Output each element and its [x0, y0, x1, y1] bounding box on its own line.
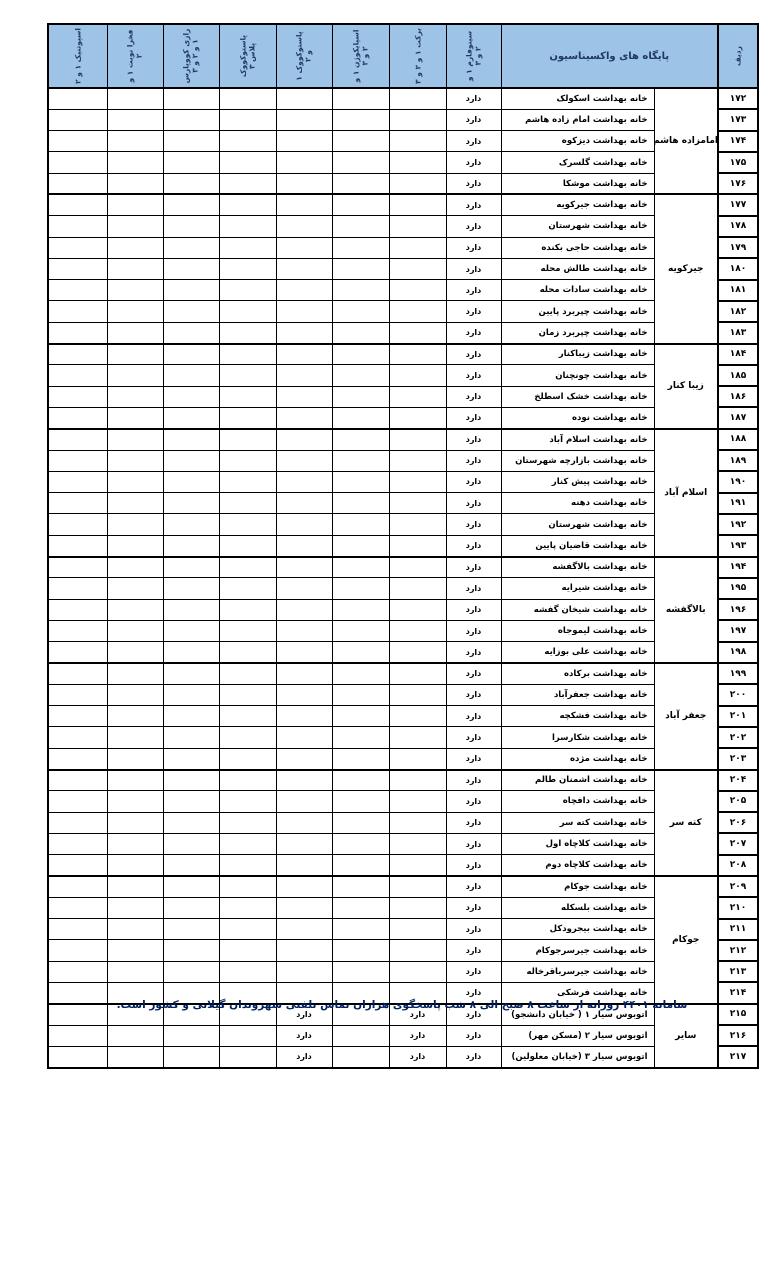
table-row: ۱۸۷خانه بهداشت نودهدارد: [48, 407, 758, 428]
vaccine-cell-barekat: [389, 258, 446, 279]
column-header-row-number: ردیف: [718, 24, 758, 88]
vaccine-cell-sinopharm: دارد: [446, 88, 501, 109]
site-name-cell: خانه بهداشت طالش محله: [501, 258, 654, 279]
vaccine-cell-razi: [163, 450, 219, 471]
vaccine-cell-sinopharm: دارد: [446, 855, 501, 876]
vaccine-cell-razi: [163, 493, 219, 514]
column-header-razi: رازی کووپارس ۱ و ۲ و ۳: [163, 24, 219, 88]
vaccine-cell-fakhra: [107, 322, 163, 343]
column-header-pastocovac: پاستوکووک ۱ و ۲: [276, 24, 332, 88]
vaccine-cell-fakhra: [107, 407, 163, 428]
vaccine-cell-sinopharm: دارد: [446, 940, 501, 961]
table-row: ۱۷۳خانه بهداشت امام زاده هاشمدارد: [48, 109, 758, 130]
vaccine-cell-razi: [163, 1046, 219, 1067]
vaccine-cell-spikogen: [332, 642, 389, 663]
vaccine-cell-spikogen: [332, 833, 389, 854]
table-row: ۱۸۰خانه بهداشت طالش محلهدارد: [48, 258, 758, 279]
vaccine-cell-barekat: [389, 216, 446, 237]
vaccine-cell-sputnik: [48, 791, 107, 812]
table-row: ۱۸۸اسلام آبادخانه بهداشت اسلام آباددارد: [48, 429, 758, 450]
vaccine-cell-fakhra: [107, 152, 163, 173]
vaccine-cell-sinopharm: دارد: [446, 280, 501, 301]
site-name-cell: خانه بهداشت علی بوزایه: [501, 642, 654, 663]
vaccine-cell-razi: [163, 706, 219, 727]
vaccine-cell-pastocovac: [276, 280, 332, 301]
table-row: ۱۹۶خانه بهداشت شیخان گفشهدارد: [48, 599, 758, 620]
vaccine-cell-sputnik: [48, 748, 107, 769]
vaccine-cell-pastocovac_plus: [219, 237, 276, 258]
vaccine-cell-pastocovac_plus: [219, 535, 276, 556]
vaccine-cell-spikogen: [332, 216, 389, 237]
group-cell: سایر: [654, 1004, 718, 1068]
vaccine-cell-spikogen: [332, 109, 389, 130]
vaccine-cell-barekat: [389, 684, 446, 705]
vaccine-cell-barekat: [389, 833, 446, 854]
vaccine-cell-razi: [163, 471, 219, 492]
row-number-cell: ۲۱۶: [718, 1025, 758, 1046]
vaccine-cell-barekat: [389, 748, 446, 769]
vaccine-cell-spikogen: [332, 855, 389, 876]
vaccine-cell-sinopharm: دارد: [446, 386, 501, 407]
vaccine-cell-pastocovac_plus: [219, 407, 276, 428]
vaccine-cell-sputnik: [48, 493, 107, 514]
vaccine-cell-barekat: [389, 152, 446, 173]
vaccine-cell-barekat: [389, 109, 446, 130]
vaccine-cell-pastocovac_plus: [219, 748, 276, 769]
site-name-cell: خانه بهداشت جیرکویه: [501, 194, 654, 215]
vaccine-cell-fakhra: [107, 194, 163, 215]
vaccine-cell-barekat: [389, 322, 446, 343]
vaccine-cell-razi: [163, 514, 219, 535]
vaccine-cell-sputnik: [48, 301, 107, 322]
vaccine-cell-sputnik: [48, 876, 107, 897]
vaccine-cell-barekat: [389, 663, 446, 684]
vaccine-cell-pastocovac_plus: [219, 1025, 276, 1046]
row-number-cell: ۱۸۷: [718, 407, 758, 428]
vaccine-cell-sinopharm: دارد: [446, 152, 501, 173]
vaccine-cell-pastocovac_plus: [219, 684, 276, 705]
vaccine-cell-barekat: [389, 876, 446, 897]
vaccine-cell-razi: [163, 386, 219, 407]
vaccine-cell-spikogen: [332, 599, 389, 620]
vaccine-cell-fakhra: [107, 173, 163, 194]
site-name-cell: خانه بهداشت قاضیان پایین: [501, 535, 654, 556]
vaccine-cell-sinopharm: دارد: [446, 642, 501, 663]
vaccine-cell-barekat: [389, 812, 446, 833]
vaccine-cell-sputnik: [48, 152, 107, 173]
vaccine-cell-pastocovac: [276, 109, 332, 130]
vaccine-cell-pastocovac_plus: [219, 216, 276, 237]
vaccine-cell-pastocovac: [276, 237, 332, 258]
vaccine-cell-spikogen: [332, 791, 389, 812]
vaccine-cell-spikogen: [332, 897, 389, 918]
vaccine-cell-pastocovac_plus: [219, 961, 276, 982]
group-cell: کته سر: [654, 770, 718, 876]
table-row: ۱۸۵خانه بهداشت چونچناندارد: [48, 365, 758, 386]
vaccine-cell-pastocovac: [276, 599, 332, 620]
vaccine-cell-fakhra: [107, 919, 163, 940]
vaccine-cell-barekat: [389, 344, 446, 365]
vaccine-cell-fakhra: [107, 344, 163, 365]
site-name-cell: اتوبوس سیار ۳ (خیابان معلولین): [501, 1046, 654, 1067]
vaccine-cell-razi: [163, 407, 219, 428]
vaccine-cell-sputnik: [48, 897, 107, 918]
table-row: ۲۰۸خانه بهداشت کلاچاه دومدارد: [48, 855, 758, 876]
row-number-cell: ۱۷۷: [718, 194, 758, 215]
vaccine-cell-sputnik: [48, 344, 107, 365]
table-row: ۱۹۲خانه بهداشت شهرستاندارد: [48, 514, 758, 535]
row-number-cell: ۲۱۲: [718, 940, 758, 961]
vaccine-cell-spikogen: [332, 301, 389, 322]
vaccine-cell-barekat: [389, 727, 446, 748]
row-number-cell: ۱۸۸: [718, 429, 758, 450]
vaccine-cell-razi: [163, 258, 219, 279]
vaccine-cell-pastocovac_plus: [219, 620, 276, 641]
vaccine-cell-pastocovac: [276, 833, 332, 854]
vaccine-cell-sputnik: [48, 727, 107, 748]
vaccine-cell-spikogen: [332, 940, 389, 961]
vaccine-cell-razi: [163, 897, 219, 918]
vaccine-cell-spikogen: [332, 407, 389, 428]
vaccine-cell-spikogen: [332, 237, 389, 258]
vaccine-cell-spikogen: [332, 258, 389, 279]
vaccine-cell-pastocovac: [276, 450, 332, 471]
vaccine-cell-razi: [163, 876, 219, 897]
vaccine-cell-fakhra: [107, 684, 163, 705]
vaccine-cell-barekat: [389, 706, 446, 727]
vaccine-cell-fakhra: [107, 940, 163, 961]
vaccine-cell-pastocovac: [276, 855, 332, 876]
vaccine-cell-fakhra: [107, 535, 163, 556]
table-row: ۱۷۹خانه بهداشت حاجی بکندهدارد: [48, 237, 758, 258]
table-row: ۱۹۸خانه بهداشت علی بوزایهدارد: [48, 642, 758, 663]
site-name-cell: خانه بهداشت شیرایه: [501, 578, 654, 599]
group-cell: امامزاده هاشم: [654, 88, 718, 194]
table-row: ۱۸۳خانه بهداشت چپربرد زماندارد: [48, 322, 758, 343]
table-row: ۲۱۲خانه بهداشت جیرسرجوکامدارد: [48, 940, 758, 961]
vaccine-cell-sputnik: [48, 599, 107, 620]
vaccine-cell-sinopharm: دارد: [446, 620, 501, 641]
vaccine-cell-spikogen: [332, 365, 389, 386]
row-number-cell: ۱۷۶: [718, 173, 758, 194]
vaccine-cell-fakhra: [107, 258, 163, 279]
table-row: ۱۷۸خانه بهداشت شهرستاندارد: [48, 216, 758, 237]
row-number-cell: ۱۸۰: [718, 258, 758, 279]
table-row: ۱۹۵خانه بهداشت شیرایهدارد: [48, 578, 758, 599]
vaccine-cell-pastocovac: [276, 344, 332, 365]
site-name-cell: خانه بهداشت شیخان گفشه: [501, 599, 654, 620]
vaccine-cell-razi: [163, 109, 219, 130]
column-header-fakhra: فخرا نوبت ۱ و ۲: [107, 24, 163, 88]
vaccine-cell-pastocovac: [276, 642, 332, 663]
vaccine-cell-sputnik: [48, 833, 107, 854]
vaccine-cell-razi: [163, 684, 219, 705]
vaccine-cell-pastocovac_plus: [219, 663, 276, 684]
site-name-cell: خانه بهداشت جوکام: [501, 876, 654, 897]
vaccine-cell-sputnik: [48, 706, 107, 727]
site-name-cell: خانه بهداشت دهنه: [501, 493, 654, 514]
vaccine-cell-sputnik: [48, 173, 107, 194]
vaccine-cell-fakhra: [107, 876, 163, 897]
vaccine-cell-razi: [163, 812, 219, 833]
vaccine-cell-sinopharm: دارد: [446, 876, 501, 897]
row-number-cell: ۱۹۹: [718, 663, 758, 684]
row-number-cell: ۲۰۰: [718, 684, 758, 705]
vaccine-cell-barekat: [389, 131, 446, 152]
site-name-cell: خانه بهداشت چپربرد زمان: [501, 322, 654, 343]
group-cell: بالاگفشه: [654, 557, 718, 663]
vaccine-cell-sputnik: [48, 684, 107, 705]
vaccine-cell-fakhra: [107, 365, 163, 386]
vaccine-cell-fakhra: [107, 748, 163, 769]
site-name-cell: خانه بهداشت بلسکله: [501, 897, 654, 918]
vaccine-cell-barekat: [389, 961, 446, 982]
vaccine-cell-barekat: [389, 855, 446, 876]
vaccine-cell-pastocovac_plus: [219, 131, 276, 152]
row-number-cell: ۱۷۸: [718, 216, 758, 237]
spikogen-header-label: اسپایکوژن ۱ و ۲ و ۳: [351, 28, 370, 84]
vaccine-cell-spikogen: [332, 578, 389, 599]
site-name-cell: خانه بهداشت بالاگفشه: [501, 557, 654, 578]
table-row: ۲۱۷اتوبوس سیار ۳ (خیابان معلولین)دارددار…: [48, 1046, 758, 1067]
vaccine-cell-barekat: [389, 173, 446, 194]
vaccine-cell-fakhra: [107, 855, 163, 876]
vaccine-cell-pastocovac: [276, 194, 332, 215]
vaccine-cell-spikogen: [332, 471, 389, 492]
vaccine-cell-pastocovac: [276, 940, 332, 961]
table-row: ۱۹۹جعفر آبادخانه بهداشت برکادهدارد: [48, 663, 758, 684]
row-number-cell: ۱۸۳: [718, 322, 758, 343]
vaccine-cell-pastocovac: [276, 471, 332, 492]
vaccine-cell-fakhra: [107, 429, 163, 450]
vaccine-cell-fakhra: [107, 237, 163, 258]
vaccine-cell-pastocovac: دارد: [276, 1025, 332, 1046]
site-name-cell: خانه بهداشت شکارسرا: [501, 727, 654, 748]
vaccine-cell-pastocovac: [276, 365, 332, 386]
vaccine-cell-fakhra: [107, 301, 163, 322]
vaccine-cell-barekat: [389, 897, 446, 918]
vaccine-cell-sinopharm: دارد: [446, 493, 501, 514]
pastocovac-plus-header-label: پاستوکووک پلاس ۳: [238, 28, 257, 84]
row-number-cell: ۱۸۴: [718, 344, 758, 365]
vaccine-cell-sputnik: [48, 386, 107, 407]
vaccine-cell-sinopharm: دارد: [446, 471, 501, 492]
vaccine-cell-pastocovac_plus: [219, 322, 276, 343]
vaccine-cell-sinopharm: دارد: [446, 237, 501, 258]
vaccine-cell-razi: [163, 855, 219, 876]
vaccine-cell-pastocovac_plus: [219, 770, 276, 791]
vaccine-cell-barekat: دارد: [389, 1046, 446, 1067]
vaccine-cell-sinopharm: دارد: [446, 663, 501, 684]
vaccine-cell-razi: [163, 578, 219, 599]
row-number-cell: ۱۹۳: [718, 535, 758, 556]
vaccine-cell-fakhra: [107, 961, 163, 982]
vaccine-cell-fakhra: [107, 897, 163, 918]
vaccine-cell-pastocovac: [276, 557, 332, 578]
vaccine-cell-barekat: [389, 557, 446, 578]
table-header: ردیف پایگاه های واکسیناسیون سینوفارم ۱ و…: [48, 24, 758, 88]
table-row: ۱۹۰خانه بهداشت پیش کناردارد: [48, 471, 758, 492]
vaccine-cell-sinopharm: دارد: [446, 109, 501, 130]
table-body: ۱۷۲امامزاده هاشمخانه بهداشت اسکولکدارد۱۷…: [48, 88, 758, 1068]
vaccine-cell-pastocovac_plus: [219, 471, 276, 492]
vaccine-cell-fakhra: [107, 131, 163, 152]
vaccine-cell-sputnik: [48, 961, 107, 982]
vaccine-cell-sputnik: [48, 578, 107, 599]
site-name-cell: خانه بهداشت جعفرآباد: [501, 684, 654, 705]
table-row: ۱۸۱خانه بهداشت سادات محلهدارد: [48, 280, 758, 301]
vaccine-cell-pastocovac: [276, 620, 332, 641]
vaccine-cell-sputnik: [48, 770, 107, 791]
column-header-sinopharm: سینوفارم ۱ و ۲ و ۳: [446, 24, 501, 88]
vaccine-cell-sputnik: [48, 1046, 107, 1067]
site-name-cell: خانه بهداشت جیرسرجوکام: [501, 940, 654, 961]
vaccine-cell-barekat: [389, 429, 446, 450]
vaccine-cell-sputnik: [48, 322, 107, 343]
vaccine-cell-pastocovac: [276, 152, 332, 173]
vaccine-cell-pastocovac_plus: [219, 1046, 276, 1067]
vaccine-cell-razi: [163, 216, 219, 237]
column-header-pastocovac-plus: پاستوکووک پلاس ۳: [219, 24, 276, 88]
vaccine-cell-pastocovac: دارد: [276, 1046, 332, 1067]
table-row: ۲۰۶خانه بهداشت کته سردارد: [48, 812, 758, 833]
table-row: ۱۸۶خانه بهداشت خشک اسطلخدارد: [48, 386, 758, 407]
vaccine-cell-pastocovac: [276, 876, 332, 897]
vaccine-cell-pastocovac_plus: [219, 386, 276, 407]
vaccine-cell-sinopharm: دارد: [446, 961, 501, 982]
table-row: ۱۹۱خانه بهداشت دهنهدارد: [48, 493, 758, 514]
vaccine-cell-spikogen: [332, 535, 389, 556]
vaccine-cell-razi: [163, 535, 219, 556]
site-name-cell: خانه بهداشت بازارچه شهرستان: [501, 450, 654, 471]
site-name-cell: خانه بهداشت لیموجاه: [501, 620, 654, 641]
vaccine-cell-barekat: دارد: [389, 1025, 446, 1046]
vaccine-cell-razi: [163, 301, 219, 322]
vaccine-cell-fakhra: [107, 833, 163, 854]
vaccine-cell-sinopharm: دارد: [446, 684, 501, 705]
vaccine-cell-pastocovac: [276, 748, 332, 769]
vaccine-cell-spikogen: [332, 493, 389, 514]
vaccine-cell-razi: [163, 770, 219, 791]
vaccine-cell-pastocovac_plus: [219, 855, 276, 876]
vaccine-cell-spikogen: [332, 770, 389, 791]
vaccine-cell-sinopharm: دارد: [446, 919, 501, 940]
vaccine-cell-sinopharm: دارد: [446, 216, 501, 237]
row-number-cell: ۲۰۹: [718, 876, 758, 897]
vaccine-cell-razi: [163, 194, 219, 215]
vaccine-cell-pastocovac_plus: [219, 194, 276, 215]
vaccine-cell-barekat: [389, 599, 446, 620]
vaccine-cell-razi: [163, 599, 219, 620]
vaccine-cell-pastocovac_plus: [219, 642, 276, 663]
vaccine-cell-razi: [163, 88, 219, 109]
site-name-cell: خانه بهداشت چپربرد پایین: [501, 301, 654, 322]
row-number-cell: ۲۰۴: [718, 770, 758, 791]
vaccine-cell-pastocovac_plus: [219, 897, 276, 918]
barekat-header-label: برکت ۱ و ۲ و ۳: [413, 28, 422, 84]
vaccine-cell-spikogen: [332, 88, 389, 109]
vaccine-cell-sinopharm: دارد: [446, 748, 501, 769]
vaccine-cell-pastocovac_plus: [219, 727, 276, 748]
vaccine-cell-sinopharm: دارد: [446, 450, 501, 471]
vaccine-cell-pastocovac_plus: [219, 706, 276, 727]
row-number-header-label: ردیف: [733, 28, 742, 84]
vaccine-cell-spikogen: [332, 131, 389, 152]
table-row: ۱۹۷خانه بهداشت لیموجاهدارد: [48, 620, 758, 641]
vaccine-cell-barekat: [389, 280, 446, 301]
site-name-cell: خانه بهداشت گلسرک: [501, 152, 654, 173]
sinopharm-header-label: سینوفارم ۱ و ۲ و ۳: [464, 28, 483, 84]
vaccine-cell-barekat: [389, 386, 446, 407]
vaccine-cell-pastocovac_plus: [219, 301, 276, 322]
row-number-cell: ۱۸۶: [718, 386, 758, 407]
vaccine-cell-fakhra: [107, 642, 163, 663]
vaccine-cell-sputnik: [48, 280, 107, 301]
vaccine-cell-razi: [163, 237, 219, 258]
group-cell: اسلام آباد: [654, 429, 718, 557]
table-row: ۲۰۰خانه بهداشت جعفرآباددارد: [48, 684, 758, 705]
vaccine-cell-pastocovac: [276, 322, 332, 343]
vaccine-cell-pastocovac: [276, 429, 332, 450]
vaccine-cell-sputnik: [48, 109, 107, 130]
vaccine-cell-pastocovac_plus: [219, 365, 276, 386]
vaccine-cell-pastocovac_plus: [219, 812, 276, 833]
vaccine-cell-sputnik: [48, 88, 107, 109]
row-number-cell: ۱۹۰: [718, 471, 758, 492]
vaccine-cell-spikogen: [332, 173, 389, 194]
vaccine-cell-spikogen: [332, 748, 389, 769]
table-row: ۲۰۹جوکامخانه بهداشت جوکامدارد: [48, 876, 758, 897]
vaccine-cell-fakhra: [107, 706, 163, 727]
vaccine-cell-sinopharm: دارد: [446, 429, 501, 450]
vaccine-cell-razi: [163, 344, 219, 365]
vaccine-cell-sputnik: [48, 216, 107, 237]
vaccine-cell-barekat: [389, 620, 446, 641]
table-row: ۲۰۴کته سرخانه بهداشت اشمنان طالمدارد: [48, 770, 758, 791]
vaccine-cell-sputnik: [48, 237, 107, 258]
vaccine-cell-pastocovac: [276, 791, 332, 812]
table-row: ۱۷۲امامزاده هاشمخانه بهداشت اسکولکدارد: [48, 88, 758, 109]
row-number-cell: ۱۸۱: [718, 280, 758, 301]
site-name-cell: خانه بهداشت کته سر: [501, 812, 654, 833]
vaccine-cell-pastocovac: [276, 514, 332, 535]
vaccine-cell-spikogen: [332, 620, 389, 641]
vaccine-cell-pastocovac_plus: [219, 599, 276, 620]
vaccine-cell-barekat: [389, 237, 446, 258]
vaccine-cell-razi: [163, 642, 219, 663]
table-row: ۱۹۳خانه بهداشت قاضیان پاییندارد: [48, 535, 758, 556]
vaccine-cell-pastocovac: [276, 897, 332, 918]
vaccine-cell-barekat: [389, 578, 446, 599]
vaccine-cell-sinopharm: دارد: [446, 578, 501, 599]
vaccine-cell-sputnik: [48, 535, 107, 556]
vaccine-cell-pastocovac_plus: [219, 429, 276, 450]
vaccine-cell-sputnik: [48, 429, 107, 450]
vaccine-cell-pastocovac: [276, 386, 332, 407]
vaccine-cell-barekat: [389, 642, 446, 663]
vaccine-cell-razi: [163, 620, 219, 641]
vaccine-cell-pastocovac_plus: [219, 450, 276, 471]
vaccine-cell-razi: [163, 1025, 219, 1046]
column-header-sites: پایگاه های واکسیناسیون: [501, 24, 718, 88]
vaccine-cell-barekat: [389, 770, 446, 791]
vaccine-cell-fakhra: [107, 620, 163, 641]
row-number-cell: ۲۰۸: [718, 855, 758, 876]
vaccine-cell-pastocovac_plus: [219, 940, 276, 961]
sputnik-header-label: اسپوتنیک ۱ و ۲: [73, 28, 82, 84]
table-row: ۲۰۵خانه بهداشت دافچاهدارد: [48, 791, 758, 812]
vaccine-cell-sinopharm: دارد: [446, 599, 501, 620]
